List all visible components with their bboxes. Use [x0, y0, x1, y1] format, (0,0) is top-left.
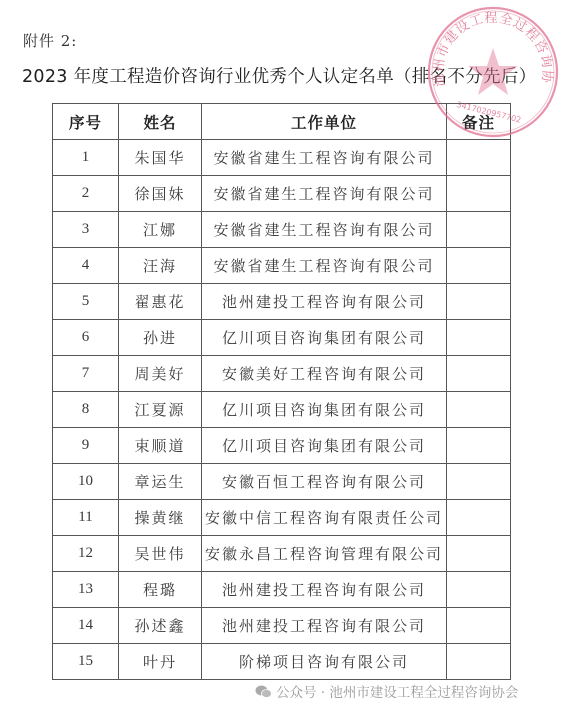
table-row: 15叶丹阶梯项目咨询有限公司 [53, 644, 511, 680]
name-cell: 汪海 [119, 248, 202, 284]
serial-number-cell: 8 [53, 392, 119, 428]
table-row: 12吴世伟安徽永昌工程咨询管理有限公司 [53, 536, 511, 572]
work-unit-cell: 安徽永昌工程咨询管理有限公司 [202, 536, 447, 572]
remarks-cell [447, 644, 511, 680]
table-row: 7周美好安徽美好工程咨询有限公司 [53, 356, 511, 392]
work-unit-cell: 亿川项目咨询集团有限公司 [202, 428, 447, 464]
name-cell: 翟惠花 [119, 284, 202, 320]
serial-number-cell: 7 [53, 356, 119, 392]
remarks-cell [447, 140, 511, 176]
name-cell: 江夏源 [119, 392, 202, 428]
remarks-cell [447, 464, 511, 500]
name-cell: 叶丹 [119, 644, 202, 680]
remarks-cell [447, 428, 511, 464]
name-cell: 操黄继 [119, 500, 202, 536]
serial-number-cell: 13 [53, 572, 119, 608]
table-row: 3江娜安徽省建生工程咨询有限公司 [53, 212, 511, 248]
work-unit-cell: 安徽百恒工程咨询有限公司 [202, 464, 447, 500]
name-cell: 程璐 [119, 572, 202, 608]
attachment-label: 附件 2: [23, 30, 77, 51]
table-row: 4汪海安徽省建生工程咨询有限公司 [53, 248, 511, 284]
table-row: 2徐国妹安徽省建生工程咨询有限公司 [53, 176, 511, 212]
name-cell: 孙述鑫 [119, 608, 202, 644]
remarks-cell [447, 608, 511, 644]
serial-number-cell: 14 [53, 608, 119, 644]
table-row: 5翟惠花池州建投工程咨询有限公司 [53, 284, 511, 320]
remarks-cell [447, 284, 511, 320]
work-unit-cell: 池州建投工程咨询有限公司 [202, 572, 447, 608]
table-row: 8江夏源亿川项目咨询集团有限公司 [53, 392, 511, 428]
remarks-cell [447, 536, 511, 572]
remarks-cell [447, 176, 511, 212]
table-row: 9束顺道亿川项目咨询集团有限公司 [53, 428, 511, 464]
serial-number-cell: 6 [53, 320, 119, 356]
name-cell: 吴世伟 [119, 536, 202, 572]
work-unit-cell: 亿川项目咨询集团有限公司 [202, 320, 447, 356]
header-remarks: 备注 [447, 104, 511, 140]
table-row: 10章运生安徽百恒工程咨询有限公司 [53, 464, 511, 500]
remarks-cell [447, 320, 511, 356]
serial-number-cell: 12 [53, 536, 119, 572]
table-row: 6孙进亿川项目咨询集团有限公司 [53, 320, 511, 356]
work-unit-cell: 阶梯项目咨询有限公司 [202, 644, 447, 680]
table-row: 13程璐池州建投工程咨询有限公司 [53, 572, 511, 608]
document-title: 2023 年度工程造价咨询行业优秀个人认定名单（排名不分先后） [22, 63, 536, 88]
work-unit-cell: 安徽美好工程咨询有限公司 [202, 356, 447, 392]
serial-number-cell: 2 [53, 176, 119, 212]
name-cell: 孙进 [119, 320, 202, 356]
work-unit-cell: 安徽省建生工程咨询有限公司 [202, 176, 447, 212]
remarks-cell [447, 392, 511, 428]
serial-number-cell: 4 [53, 248, 119, 284]
watermark-text: 公众号 · 池州市建设工程全过程咨询协会 [276, 681, 518, 701]
wechat-icon [255, 685, 272, 698]
work-unit-cell: 池州建投工程咨询有限公司 [202, 608, 447, 644]
table-header-row: 序号 姓名 工作单位 备注 [53, 104, 511, 140]
remarks-cell [447, 212, 511, 248]
serial-number-cell: 3 [53, 212, 119, 248]
work-unit-cell: 亿川项目咨询集团有限公司 [202, 392, 447, 428]
honoree-table: 序号 姓名 工作单位 备注 1朱国华安徽省建生工程咨询有限公司2徐国妹安徽省建生… [52, 103, 511, 680]
serial-number-cell: 5 [53, 284, 119, 320]
name-cell: 周美好 [119, 356, 202, 392]
remarks-cell [447, 248, 511, 284]
name-cell: 朱国华 [119, 140, 202, 176]
work-unit-cell: 安徽省建生工程咨询有限公司 [202, 212, 447, 248]
remarks-cell [447, 356, 511, 392]
header-serial-number: 序号 [53, 104, 119, 140]
serial-number-cell: 10 [53, 464, 119, 500]
table-row: 11操黄继安徽中信工程咨询有限责任公司 [53, 500, 511, 536]
table-row: 14孙述鑫池州建投工程咨询有限公司 [53, 608, 511, 644]
name-cell: 江娜 [119, 212, 202, 248]
name-cell: 章运生 [119, 464, 202, 500]
name-cell: 徐国妹 [119, 176, 202, 212]
header-name: 姓名 [119, 104, 202, 140]
work-unit-cell: 安徽省建生工程咨询有限公司 [202, 140, 447, 176]
header-work-unit: 工作单位 [202, 104, 447, 140]
serial-number-cell: 9 [53, 428, 119, 464]
serial-number-cell: 11 [53, 500, 119, 536]
remarks-cell [447, 572, 511, 608]
serial-number-cell: 15 [53, 644, 119, 680]
name-cell: 束顺道 [119, 428, 202, 464]
work-unit-cell: 池州建投工程咨询有限公司 [202, 284, 447, 320]
remarks-cell [447, 500, 511, 536]
wechat-watermark: 公众号 · 池州市建设工程全过程咨询协会 [255, 681, 518, 701]
serial-number-cell: 1 [53, 140, 119, 176]
work-unit-cell: 安徽中信工程咨询有限责任公司 [202, 500, 447, 536]
table-row: 1朱国华安徽省建生工程咨询有限公司 [53, 140, 511, 176]
work-unit-cell: 安徽省建生工程咨询有限公司 [202, 248, 447, 284]
